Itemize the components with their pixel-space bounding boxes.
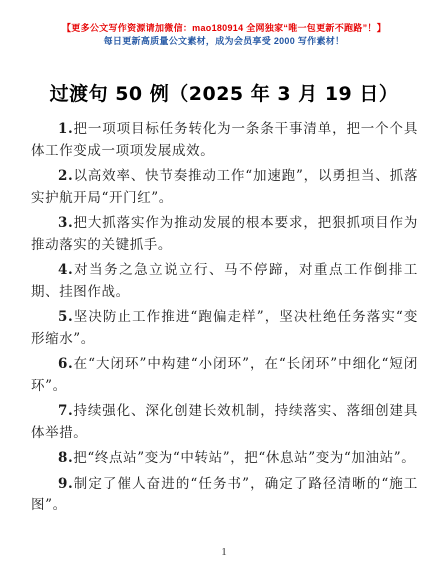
list-item: 2.以高效率、快节奏推动工作“加速跑”，以勇担当、抓落实护航开局“开门红”。 xyxy=(31,166,418,209)
item-number: 9. xyxy=(58,476,73,492)
promo-line-blue: 每日更新高质量公文素材，成为会员享受 2000 写作素材！ xyxy=(0,35,448,48)
item-number: 5. xyxy=(58,309,73,325)
item-number: 3. xyxy=(58,215,73,231)
item-number: 8. xyxy=(58,450,73,466)
item-number: 2. xyxy=(58,168,73,184)
item-number: 6. xyxy=(58,356,73,372)
item-text: 制定了催人奋进的“任务书”，确定了路径清晰的“施工图”。 xyxy=(31,476,418,514)
item-text: 以高效率、快节奏推动工作“加速跑”，以勇担当、抓落实护航开局“开门红”。 xyxy=(31,168,418,206)
list-item: 4.对当务之急立说立行、马不停蹄，对重点工作倒排工期、挂图作战。 xyxy=(31,260,418,303)
list-item: 7.持续强化、深化创建长效机制，持续落实、落细创建具体举措。 xyxy=(31,401,418,444)
list-item: 3.把大抓落实作为推动发展的根本要求，把狠抓项目作为推动落实的关键抓手。 xyxy=(31,213,418,256)
promo-line-red: 【更多公文写作资源请加微信：mao180914 全网独家“唯一包更新不跑路”！】 xyxy=(0,22,448,35)
item-text: 在“大闭环”中构建“小闭环”，在“长闭环”中细化“短闭环”。 xyxy=(31,356,418,394)
item-number: 4. xyxy=(58,262,73,278)
list-item: 8.把“终点站”变为“中转站”，把“休息站”变为“加油站”。 xyxy=(31,448,418,470)
item-text: 把大抓落实作为推动发展的根本要求，把狠抓项目作为推动落实的关键抓手。 xyxy=(31,215,418,253)
item-text: 坚决防止工作推进“跑偏走样”，坚决杜绝任务落实“变形缩水”。 xyxy=(31,309,418,347)
item-text: 把“终点站”变为“中转站”，把“休息站”变为“加油站”。 xyxy=(73,450,415,466)
list-item: 9.制定了催人奋进的“任务书”，确定了路径清晰的“施工图”。 xyxy=(31,474,418,517)
list-item: 6.在“大闭环”中构建“小闭环”，在“长闭环”中细化“短闭环”。 xyxy=(31,354,418,397)
item-number: 7. xyxy=(58,403,73,419)
page-number: 1 xyxy=(0,546,448,558)
item-text: 把一项项目标任务转化为一条条干事清单，把一个个具体工作变成一项项发展成效。 xyxy=(31,121,418,159)
item-text: 持续强化、深化创建长效机制，持续落实、落细创建具体举措。 xyxy=(31,403,418,441)
item-number: 1. xyxy=(58,121,73,137)
list-item: 1.把一项项目标任务转化为一条条干事清单，把一个个具体工作变成一项项发展成效。 xyxy=(31,119,418,162)
item-text: 对当务之急立说立行、马不停蹄，对重点工作倒排工期、挂图作战。 xyxy=(31,262,418,300)
document-page: 【更多公文写作资源请加微信：mao180914 全网独家“唯一包更新不跑路”！】… xyxy=(0,0,448,580)
list-item: 5.坚决防止工作推进“跑偏走样”，坚决杜绝任务落实“变形缩水”。 xyxy=(31,307,418,350)
document-body: 1.把一项项目标任务转化为一条条干事清单，把一个个具体工作变成一项项发展成效。 … xyxy=(31,119,418,517)
page-title: 过渡句 50 例（2025 年 3 月 19 日） xyxy=(0,79,448,106)
promo-header: 【更多公文写作资源请加微信：mao180914 全网独家“唯一包更新不跑路”！】… xyxy=(0,0,448,48)
